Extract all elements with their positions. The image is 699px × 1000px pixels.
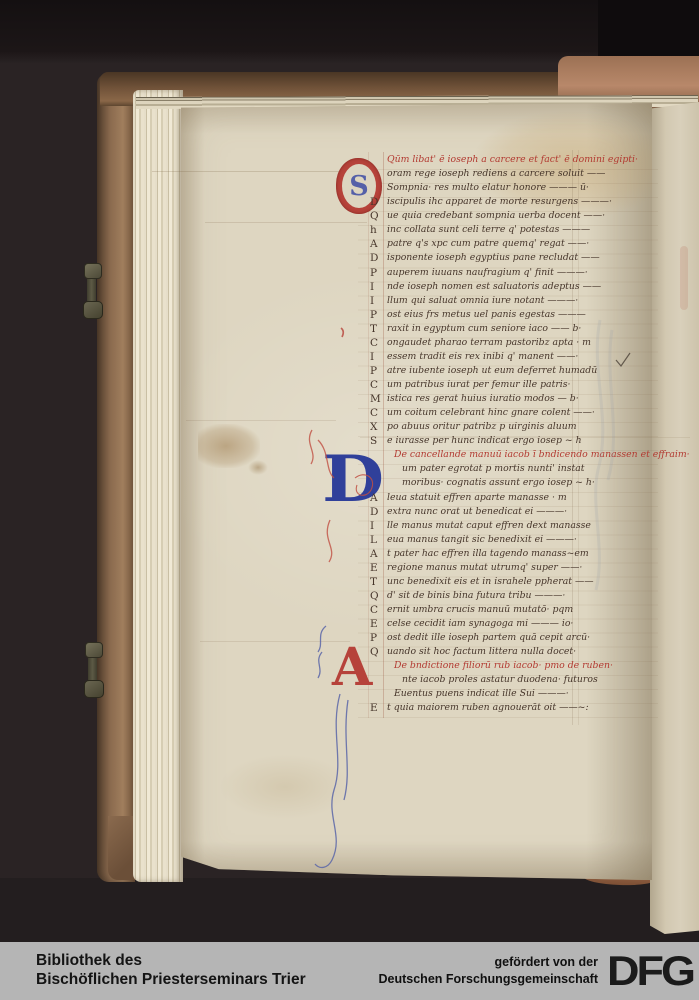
versal-letter: h xyxy=(370,223,377,237)
manuscript-line: Euentus puens indicat ille Sui ———· xyxy=(370,687,660,701)
manuscript-line: nte iacob proles astatur duodena· futuro… xyxy=(370,673,660,687)
line-text: Sompnia· res multo elatur honore ——— ū· xyxy=(387,182,589,193)
page-edges-fore-edge xyxy=(133,90,183,882)
background-bottom xyxy=(0,878,699,942)
versal-letter: D xyxy=(370,251,378,265)
manuscript-line: Sompnia· res multo elatur honore ——— ū· xyxy=(370,181,660,195)
manuscript-line: Aleua statuit effren aparte manasse · m xyxy=(370,491,660,505)
line-text: um patribus iurat per femur ille patris· xyxy=(387,379,570,390)
funding-credit: gefördert von der Deutschen Forschungsge… xyxy=(379,949,694,994)
line-text: De bndictione filiorū rub iacob· pmo de … xyxy=(394,660,613,671)
manuscript-line: Tunc benedixit eis et in israhele pphera… xyxy=(370,575,660,589)
versal-letter: D xyxy=(370,505,378,519)
line-text: nte iacob proles astatur duodena· futuro… xyxy=(402,674,598,685)
line-text: d' sit de binis bina futura tribu ———· xyxy=(387,590,565,601)
funding-text: gefördert von der Deutschen Forschungsge… xyxy=(379,954,599,989)
versal-letter: Q xyxy=(370,209,379,223)
background-top-band xyxy=(0,0,699,64)
manuscript-line: Et quia maiorem ruben agnouerāt oit ——~: xyxy=(370,701,660,715)
book-clasp-top xyxy=(81,263,103,319)
manuscript-line: Leua manus tangit sic benedixit ei ———· xyxy=(370,533,660,547)
manuscript-line: Discipulis ihc apparet de morte resurgen… xyxy=(370,195,660,209)
versal-letter: C xyxy=(370,603,378,617)
versal-letter: C xyxy=(370,406,378,420)
line-text: inc collata sunt celi terre q' potestas … xyxy=(387,224,590,235)
manuscript-line: Traxit in egyptum cum seniore iaco —— b· xyxy=(370,322,660,336)
line-text: eua manus tangit sic benedixit ei ———· xyxy=(387,534,577,545)
versal-letter: A xyxy=(370,237,378,251)
line-text: um coitum celebrant hinc gnare colent ——… xyxy=(387,407,595,418)
versal-letter: T xyxy=(370,322,377,336)
versal-letter: P xyxy=(370,631,377,645)
manuscript-line: Ecelse cecidit iam synagoga mi ——— io· xyxy=(370,617,660,631)
line-text: isponente ioseph egyptius pane recludat … xyxy=(387,252,600,263)
line-text: iscipulis ihc apparet de morte resurgens… xyxy=(387,196,612,207)
versal-letter: Q xyxy=(370,589,379,603)
manuscript-text-block: Qūm libat' ē ioseph a carcere et fact' ē… xyxy=(370,153,660,716)
manuscript-line: At pater hac effren illa tagendo manass~… xyxy=(370,547,660,561)
versal-letter: E xyxy=(370,701,378,715)
manuscript-line: Que quia credebant sompnia uerba docent … xyxy=(370,209,660,223)
clasp-knob-icon xyxy=(83,301,103,319)
line-text: regione manus mutat utrumq' super ——· xyxy=(387,562,582,573)
book-cover-edge-left xyxy=(97,74,135,882)
line-text: ongaudet pharao terram pastoribz apta · … xyxy=(387,337,591,348)
decorated-initial-lower: A xyxy=(332,638,372,698)
versal-letter: I xyxy=(370,519,374,533)
library-credit: Bibliothek des Bischöflichen Priestersem… xyxy=(36,952,379,990)
line-text: e iurasse per hunc indicat ergo iosep ~ … xyxy=(387,435,582,446)
clasp-knob-icon xyxy=(85,642,103,658)
versal-letter: I xyxy=(370,294,374,308)
manuscript-line: Iessem tradit eis rex inibi q' manent ——… xyxy=(370,350,660,364)
line-text: po abuus oritur patribz p uirginis aluum xyxy=(387,421,577,432)
manuscript-line: Inde ioseph nomen est saluatoris adeptus… xyxy=(370,280,660,294)
manuscript-line: hinc collata sunt celi terre q' potestas… xyxy=(370,223,660,237)
versal-letter: Q xyxy=(370,645,379,659)
manuscript-line: Ille manus mutat caput effren dext manas… xyxy=(370,519,660,533)
manuscript-line: Patre iubente ioseph ut eum deferret hum… xyxy=(370,364,660,378)
manuscript-line: Eregione manus mutat utrumq' super ——· xyxy=(370,561,660,575)
versal-letter: I xyxy=(370,280,374,294)
manuscript-line: Cum patribus iurat per femur ille patris… xyxy=(370,378,660,392)
line-text: nde ioseph nomen est saluatoris adeptus … xyxy=(387,281,601,292)
line-text: moribus· cognatis assunt ergo iosep ~ h· xyxy=(402,477,595,488)
initial-letter: S xyxy=(349,173,369,200)
funding-line2: Deutschen Forschungsgemeinschaft xyxy=(379,971,599,989)
line-text: celse cecidit iam synagoga mi ——— io· xyxy=(387,618,573,629)
footer-bar: Bibliothek des Bischöflichen Priestersem… xyxy=(0,942,699,1000)
versal-letter: S xyxy=(370,434,377,448)
versal-letter: X xyxy=(370,420,377,434)
photo-stage: S D A Qūm libat' ē ioseph a carcere et f… xyxy=(0,0,699,1000)
line-text: t quia maiorem ruben agnouerāt oit ——~: xyxy=(387,702,589,713)
line-text: raxit in egyptum cum seniore iaco —— b· xyxy=(387,323,581,334)
line-text: Qūm libat' ē ioseph a carcere et fact' ē… xyxy=(387,154,638,165)
line-text: extra nunc orat ut benedicat ei ———· xyxy=(387,506,567,517)
manuscript-line: Post dedit ille ioseph partem quā cepit … xyxy=(370,631,660,645)
book-clasp-bottom xyxy=(82,642,104,698)
versal-letter: M xyxy=(370,392,381,406)
clasp-knob-icon xyxy=(84,680,104,698)
manuscript-line: oram rege ioseph rediens a carcere solui… xyxy=(370,167,660,181)
manuscript-line: Xpo abuus oritur patribz p uirginis aluu… xyxy=(370,420,660,434)
line-text: atre iubente ioseph ut eum deferret huma… xyxy=(387,365,597,376)
clasp-knob-icon xyxy=(84,263,102,279)
manuscript-line: moribus· cognatis assunt ergo iosep ~ h· xyxy=(370,476,660,490)
line-text: ost dedit ille ioseph partem quā cepit a… xyxy=(387,632,590,643)
versal-letter: P xyxy=(370,364,377,378)
manuscript-line: De bndictione filiorū rub iacob· pmo de … xyxy=(370,659,660,673)
versal-letter: P xyxy=(370,308,377,322)
line-text: ue quia credebant sompnia uerba docent —… xyxy=(387,210,605,221)
line-text: lle manus mutat caput effren dext manass… xyxy=(387,520,591,531)
library-credit-line1: Bibliothek des xyxy=(36,952,379,971)
versal-letter: E xyxy=(370,561,378,575)
funding-line1: gefördert von der xyxy=(379,954,599,972)
line-text: auperem iuuans naufragium q' finit ———· xyxy=(387,267,588,278)
manuscript-line: um pater egrotat p mortis nunti' instat xyxy=(370,462,660,476)
versal-letter: E xyxy=(370,617,378,631)
versal-letter: A xyxy=(370,491,378,505)
line-text: llum qui saluat omnia iure notant ———· xyxy=(387,295,578,306)
manuscript-line: Mistica res gerat huius iuratio modos — … xyxy=(370,392,660,406)
line-text: De cancellande manuū iacob ī bndicendo m… xyxy=(394,449,690,460)
versal-letter: D xyxy=(370,195,378,209)
line-text: unc benedixit eis et in israhele ppherat… xyxy=(387,576,594,587)
manuscript-line: Congaudet pharao terram pastoribz apta ·… xyxy=(370,336,660,350)
line-text: istica res gerat huius iuratio modos — b… xyxy=(387,393,579,404)
clasp-stem xyxy=(88,658,97,680)
versal-letter: C xyxy=(370,336,378,350)
manuscript-line: Apatre q's xpc cum patre quemq' regat ——… xyxy=(370,237,660,251)
line-text: patre q's xpc cum patre quemq' regat ——· xyxy=(387,238,589,249)
versal-letter: T xyxy=(370,575,377,589)
versal-letter: P xyxy=(370,266,377,280)
versal-letter: A xyxy=(370,547,378,561)
dfg-logo: DFG xyxy=(607,949,693,990)
clasp-stem xyxy=(87,279,96,301)
manuscript-line: Qūm libat' ē ioseph a carcere et fact' ē… xyxy=(370,153,660,167)
line-text: Euentus puens indicat ille Sui ———· xyxy=(394,688,569,699)
line-text: t pater hac effren illa tagendo manass~e… xyxy=(387,548,589,559)
line-text: ernit umbra crucis manuū mutatō· pqm xyxy=(387,604,573,615)
manuscript-line: Illum qui saluat omnia iure notant ———· xyxy=(370,294,660,308)
library-credit-line2: Bischöflichen Priesterseminars Trier xyxy=(36,971,379,990)
manuscript-line: Quando sit hoc factum littera nulla doce… xyxy=(370,645,660,659)
versal-letter: L xyxy=(370,533,377,547)
manuscript-line: Disponente ioseph egyptius pane recludat… xyxy=(370,251,660,265)
manuscript-line: Qd' sit de binis bina futura tribu ———· xyxy=(370,589,660,603)
line-text: essem tradit eis rex inibi q' manent ——· xyxy=(387,351,578,362)
line-text: oram rege ioseph rediens a carcere solui… xyxy=(387,168,605,179)
manuscript-line: De cancellande manuū iacob ī bndicendo m… xyxy=(370,448,660,462)
manuscript-line: Se iurasse per hunc indicat ergo iosep ~… xyxy=(370,434,660,448)
manuscript-line: Dextra nunc orat ut benedicat ei ———· xyxy=(370,505,660,519)
manuscript-line: Post eius frs metus uel panis egestas ——… xyxy=(370,308,660,322)
manuscript-line: Cernit umbra crucis manuū mutatō· pqm xyxy=(370,603,660,617)
line-text: leua statuit effren aparte manasse · m xyxy=(387,492,567,503)
versal-letter: I xyxy=(370,350,374,364)
versal-letter: C xyxy=(370,378,378,392)
manuscript-line: Cum coitum celebrant hinc gnare colent —… xyxy=(370,406,660,420)
manuscript-line: Pauperem iuuans naufragium q' finit ———· xyxy=(370,266,660,280)
line-text: uando sit hoc factum littera nulla docet… xyxy=(387,646,576,657)
line-text: ost eius frs metus uel panis egestas ——— xyxy=(387,309,586,320)
line-text: um pater egrotat p mortis nunti' instat xyxy=(402,463,584,474)
